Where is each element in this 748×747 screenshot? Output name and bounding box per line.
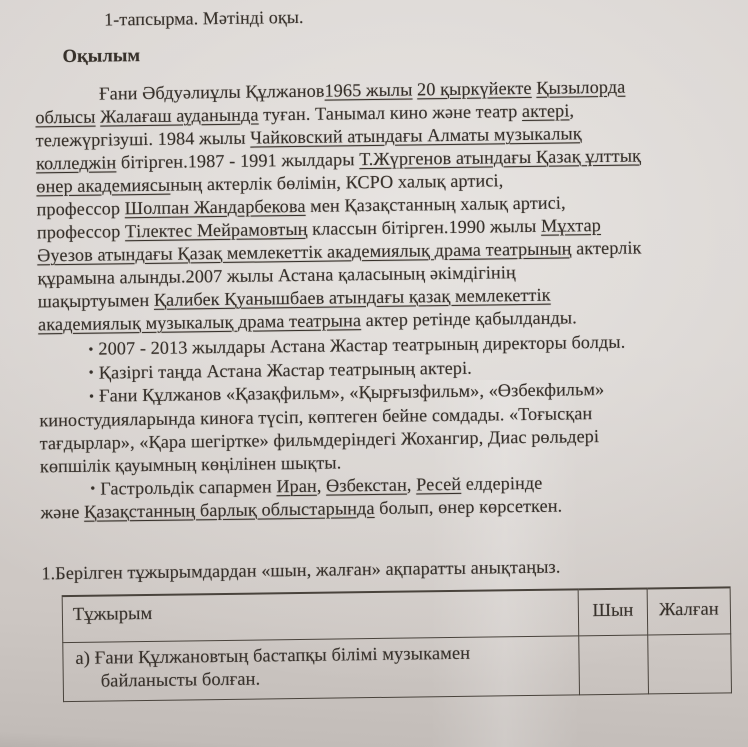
text-segment: Қазіргі таңда Астана Жастар театрының ак… — [99, 357, 472, 382]
underlined-text-segment: Ресей — [416, 473, 461, 494]
section-heading: Оқылым — [62, 38, 714, 70]
text-segment: бітірген.1987 - 1991 жылдары — [116, 149, 359, 172]
text-segment: актер ретінде қабылданды. — [361, 307, 577, 330]
zhalgan-answer-cell — [648, 634, 732, 694]
underlined-text-segment: 1965 жылы — [324, 79, 412, 100]
text-segment: Гастрольдік сапармен — [100, 476, 276, 498]
underlined-text-segment: Тілектес Мейрамовтың — [125, 219, 308, 241]
text-segment: тележүргізуші. 1984 жылы — [36, 128, 251, 151]
bullet-list: •2007 - 2013 жылдары Астана Жастар театр… — [38, 329, 720, 524]
underlined-text-segment: академиялық музыкалық драма театрына — [38, 310, 361, 334]
table-header-shyn: Шын — [578, 588, 648, 635]
underlined-text-segment: актері — [522, 100, 570, 121]
underlined-text-segment: 20 қыркүйекте — [417, 78, 532, 99]
underlined-text-segment: Өзбекстан — [326, 474, 407, 495]
biography-paragraph: Ғани Әбдуәлиұлы Құлжанов1965 жылы 20 қыр… — [35, 75, 718, 337]
text-segment: актерлік — [571, 237, 641, 258]
table-header-statement: Тұжырым — [62, 589, 579, 642]
worksheet-page: 1-тапсырма. Мәтінді оқы. Оқылым Ғани Әбд… — [0, 0, 748, 703]
underlined-text-segment: Иран — [276, 475, 317, 496]
task-title: 1-тапсырма. Мәтінді оқы. — [104, 1, 714, 31]
table-header-zhalgan: Жалған — [647, 587, 731, 635]
text-segment: ның актерлік бөлімін, КСРО халық артисі, — [170, 170, 503, 194]
table-row-a: а) Ғани Құлжановтың бастапқы білімі музы… — [63, 634, 732, 702]
underlined-text-segment: Шолпан Жандарбекова — [125, 196, 306, 218]
underlined-text-segment: облысы — [35, 107, 95, 128]
underlined-text-segment: өнер академиясы — [36, 175, 170, 197]
true-false-table: Тұжырым Шын Жалған а) Ғани Құлжановтың б… — [62, 586, 732, 702]
text-segment: болып, өнер көрсеткен. — [374, 496, 562, 518]
text-segment: және — [40, 502, 84, 523]
underlined-text-segment: Жалағаш ауданында — [100, 104, 259, 126]
text-segment: классын бітірген.1990 жылы — [307, 216, 541, 239]
text-segment: туған. Танымал кино және театр — [258, 101, 522, 124]
text-segment: Ғани Құлжанов «Қазақфильм», «Қырғызфильм… — [99, 379, 604, 406]
text-segment: Ғани Әбдуәлиұлы Құлжанов — [99, 81, 325, 104]
text-segment: , — [407, 474, 417, 494]
text-segment: елдерінде — [461, 472, 542, 493]
text-segment: мен Қазақстанның халық артисі, — [305, 192, 565, 215]
underlined-text-segment: Қызылорда — [536, 77, 625, 98]
text-segment: , — [317, 475, 327, 495]
underlined-text-segment: Мұхтар — [541, 215, 601, 236]
bullet-icon: • — [88, 338, 93, 361]
bullet-icon: • — [89, 385, 94, 408]
text-segment: 2007 - 2013 жылдары Астана Жастар театры… — [98, 332, 625, 359]
text-segment: шақыртуымен — [38, 290, 154, 312]
underlined-text-segment: Қалибек Қуанышбаев атындағы қазақ мемлек… — [154, 285, 551, 310]
question-text: 1.Берілген тұжырымдардан «шын, жалған» а… — [41, 553, 721, 585]
statement-cell: а) Ғани Құлжановтың бастапқы білімі музы… — [63, 636, 580, 702]
underlined-text-segment: Чайковский атындағы Алматы музыкалық — [250, 123, 582, 147]
underlined-text-segment: колледжін — [36, 152, 117, 173]
bullet-icon: • — [90, 478, 95, 501]
underlined-text-segment: Қазақстанның барлық облыстарында — [84, 498, 375, 522]
bullet-icon: • — [89, 362, 94, 385]
underlined-text-segment: Т.Жүргенов атындағы Қазақ ұлттық — [359, 145, 641, 169]
shyn-answer-cell — [579, 635, 649, 695]
text-segment: профессор — [36, 198, 124, 219]
text-segment: , — [569, 100, 574, 120]
text-segment: көпшілік қауымның көңілінен шықты. — [40, 452, 342, 476]
text-segment: профессор — [37, 221, 125, 242]
